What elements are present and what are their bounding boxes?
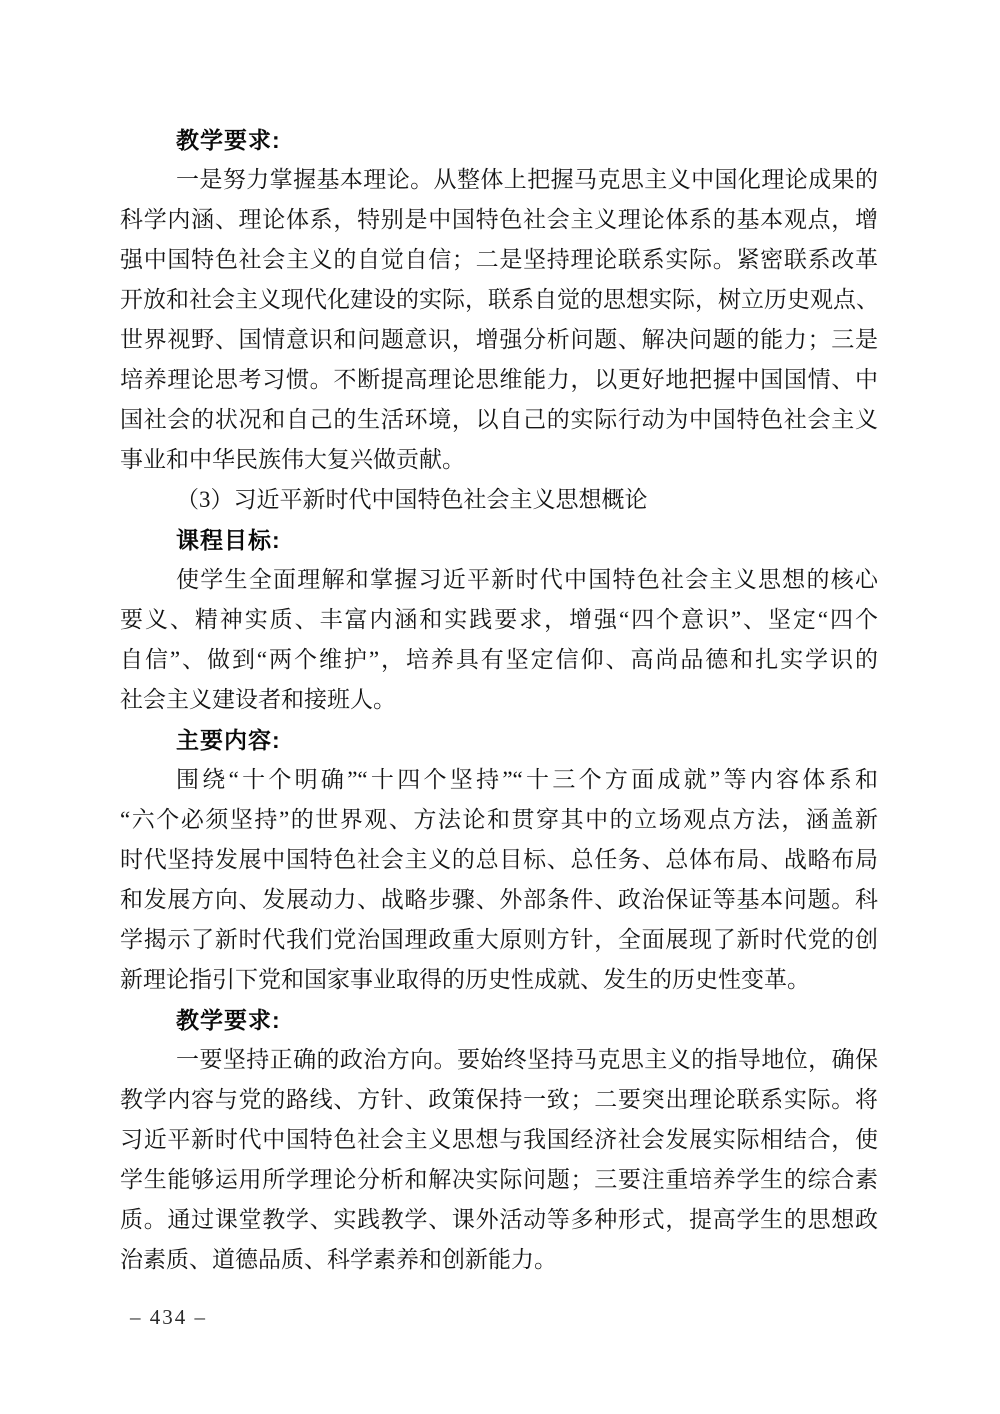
text-line: 和发展方向、发展动力、战略步骤、外部条件、政治保证等基本问题。科: [120, 880, 878, 920]
paragraph: （3）习近平新时代中国特色社会主义思想概论: [120, 480, 878, 520]
text-line: 时代坚持发展中国特色社会主义的总目标、总任务、总体布局、战略布局: [120, 840, 878, 880]
text-line: 新理论指引下党和国家事业取得的历史性成就、发生的历史性变革。: [120, 960, 878, 1000]
paragraph: 一是努力掌握基本理论。从整体上把握马克思主义中国化理论成果的科学内涵、理论体系，…: [120, 160, 878, 480]
text-line: “六个必须坚持”的世界观、方法论和贯穿其中的立场观点方法，涵盖新: [120, 800, 878, 840]
text-line: 治素质、道德品质、科学素养和创新能力。: [120, 1240, 878, 1280]
text-line: 要义、精神实质、丰富内涵和实践要求，增强“四个意识”、坚定“四个: [120, 600, 878, 640]
text-line: 质。通过课堂教学、实践教学、课外活动等多种形式，提高学生的思想政: [120, 1200, 878, 1240]
page-number: – 434 –: [130, 1303, 207, 1331]
text-line: 学揭示了新时代我们党治国理政重大原则方针，全面展现了新时代党的创: [120, 920, 878, 960]
text-line: 强中国特色社会主义的自觉自信；二是坚持理论联系实际。紧密联系改革: [120, 240, 878, 280]
document-body: 教学要求:一是努力掌握基本理论。从整体上把握马克思主义中国化理论成果的科学内涵、…: [120, 120, 878, 1280]
text-line: 使学生全面理解和掌握习近平新时代中国特色社会主义思想的核心: [120, 560, 878, 600]
text-line: 世界视野、国情意识和问题意识，增强分析问题、解决问题的能力；三是: [120, 320, 878, 360]
paragraph: 一要坚持正确的政治方向。要始终坚持马克思主义的指导地位，确保教学内容与党的路线、…: [120, 1040, 878, 1280]
section-heading: 教学要求:: [120, 1000, 878, 1040]
text-line: 一是努力掌握基本理论。从整体上把握马克思主义中国化理论成果的: [120, 160, 878, 200]
text-line: 习近平新时代中国特色社会主义思想与我国经济社会发展实际相结合，使: [120, 1120, 878, 1160]
text-line: （3）习近平新时代中国特色社会主义思想概论: [120, 480, 878, 520]
text-line: 事业和中华民族伟大复兴做贡献。: [120, 440, 878, 480]
paragraph: 使学生全面理解和掌握习近平新时代中国特色社会主义思想的核心要义、精神实质、丰富内…: [120, 560, 878, 720]
section-heading: 主要内容:: [120, 720, 878, 760]
section-heading: 教学要求:: [120, 120, 878, 160]
text-line: 培养理论思考习惯。不断提高理论思维能力，以更好地把握中国国情、中: [120, 360, 878, 400]
section-heading: 课程目标:: [120, 520, 878, 560]
text-line: 科学内涵、理论体系，特别是中国特色社会主义理论体系的基本观点，增: [120, 200, 878, 240]
text-line: 一要坚持正确的政治方向。要始终坚持马克思主义的指导地位，确保: [120, 1040, 878, 1080]
document-page: 教学要求:一是努力掌握基本理论。从整体上把握马克思主义中国化理论成果的科学内涵、…: [0, 0, 1000, 1414]
text-line: 学生能够运用所学理论分析和解决实际问题；三要注重培养学生的综合素: [120, 1160, 878, 1200]
text-line: 开放和社会主义现代化建设的实际，联系自觉的思想实际，树立历史观点、: [120, 280, 878, 320]
text-line: 社会主义建设者和接班人。: [120, 680, 878, 720]
text-line: 自信”、做到“两个维护”，培养具有坚定信仰、高尚品德和扎实学识的: [120, 640, 878, 680]
paragraph: 围绕“十个明确”“十四个坚持”“十三个方面成就”等内容体系和“六个必须坚持”的世…: [120, 760, 878, 1000]
text-line: 国社会的状况和自己的生活环境，以自己的实际行动为中国特色社会主义: [120, 400, 878, 440]
text-line: 围绕“十个明确”“十四个坚持”“十三个方面成就”等内容体系和: [120, 760, 878, 800]
text-line: 教学内容与党的路线、方针、政策保持一致；二要突出理论联系实际。将: [120, 1080, 878, 1120]
